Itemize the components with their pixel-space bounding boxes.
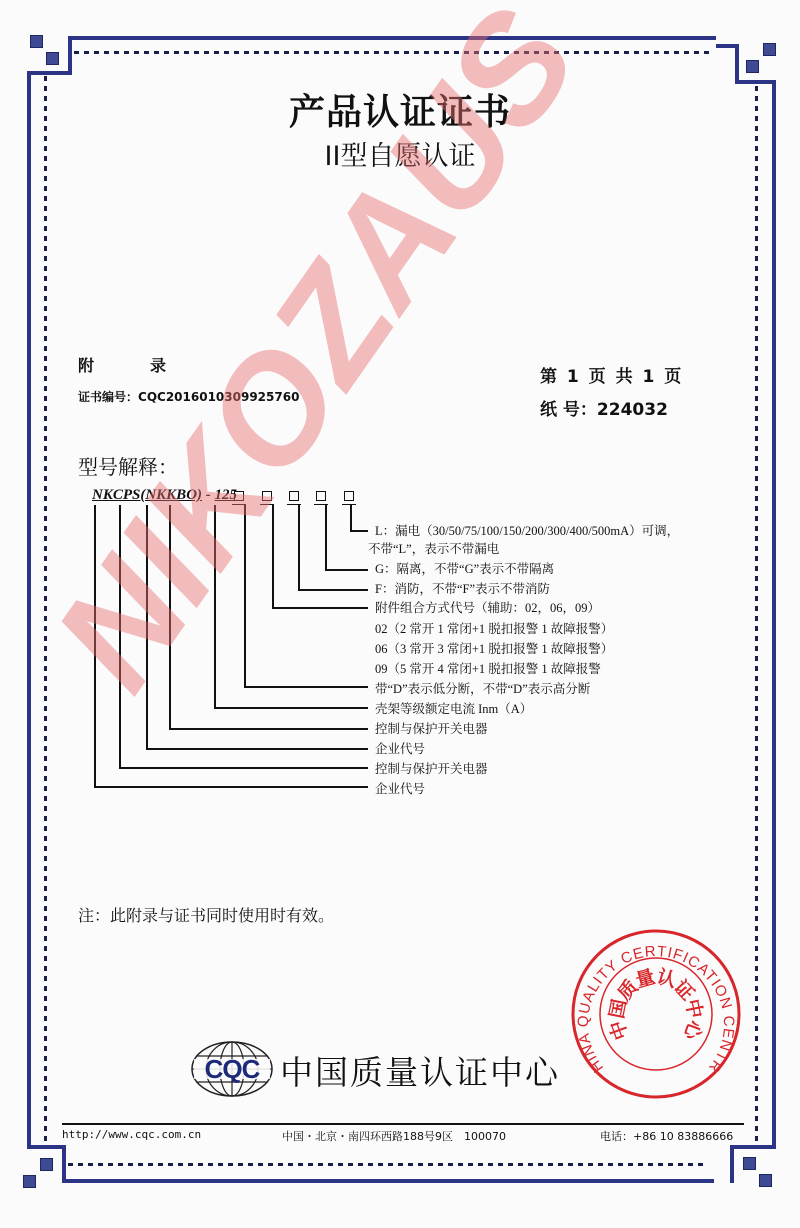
corner-square-tl: [46, 52, 59, 65]
model-code: NKCPS(NKKBO) - 125: [92, 487, 237, 504]
model-description: G：隔离，不带“G”表示不带隔离: [375, 559, 554, 577]
corner-square-br: [759, 1174, 772, 1187]
connector-line: [298, 505, 300, 589]
connector-line: [119, 767, 368, 769]
model-description: 带“D”表示低分断，不带“D”表示高分断: [375, 679, 590, 697]
connector-line: [350, 530, 368, 532]
model-description: 02（2 常开 1 常闭+1 脱扣报警 1 故障报警）: [375, 619, 613, 637]
paper-no-value: 224032: [597, 400, 668, 420]
appendix-label-left: 附: [78, 353, 94, 376]
footer-address: 中国・北京・南四环西路188号9区 100070: [282, 1128, 506, 1144]
connector-line: [94, 505, 96, 786]
connector-line: [146, 505, 148, 748]
model-description: F：消防，不带“F”表示不带消防: [375, 579, 550, 597]
connector-line: [350, 505, 352, 530]
appendix-label-right: 录: [150, 353, 166, 376]
official-seal: CHINA QUALITY CERTIFICATION CENTRE 中国质量认…: [570, 928, 742, 1100]
page-info: 第 1 页 共 1 页: [540, 362, 681, 387]
connector-line: [94, 786, 368, 788]
connector-line: [325, 569, 368, 571]
connector-line: [146, 748, 368, 750]
corner-square-tl: [30, 35, 43, 48]
connector-line: [244, 505, 246, 686]
cqc-logo-text: CQC: [190, 1054, 274, 1085]
model-description: 企业代号: [375, 779, 425, 797]
model-code-prefix: NKCPS(NKKBO): [92, 487, 202, 503]
model-description: 控制与保护开关电器: [375, 759, 488, 777]
seal-stamp-icon: CHINA QUALITY CERTIFICATION CENTRE: [570, 928, 742, 1100]
certificate-subtitle: II型自愿认证: [0, 134, 800, 173]
model-code-sep: -: [202, 487, 215, 503]
connector-line: [214, 505, 216, 707]
model-description: 06（3 常开 3 常闭+1 脱扣报警 1 故障报警）: [375, 639, 613, 657]
connector-line: [298, 589, 368, 591]
placeholder-box: [262, 491, 272, 501]
certificate-number: 证书编号：CQC2016010309925760: [78, 388, 299, 405]
corner-square-br: [743, 1157, 756, 1170]
model-description: 控制与保护开关电器: [375, 719, 488, 737]
model-description: 壳架等级额定电流 Inm（A）: [375, 699, 532, 717]
svg-text:CHINA QUALITY CERTIFICATION CE: CHINA QUALITY CERTIFICATION CENTRE: [570, 928, 737, 1076]
validity-note: 注：此附录与证书同时使用时有效。: [78, 903, 334, 926]
connector-line: [214, 707, 368, 709]
connector-line: [272, 505, 274, 607]
cqc-logo: CQC: [190, 1040, 274, 1098]
connector-line: [244, 686, 368, 688]
connector-line: [169, 505, 171, 728]
corner-square-tr: [763, 43, 776, 56]
placeholder-box: [289, 491, 299, 501]
corner-square-tr: [746, 60, 759, 73]
placeholder-box: [316, 491, 326, 501]
corner-square-bl: [40, 1158, 53, 1171]
certificate-title: 产品认证证书: [0, 84, 800, 135]
cert-no-label: 证书编号：: [78, 390, 138, 404]
model-description: 09（5 常开 4 常闭+1 脱扣报警 1 故障报警: [375, 659, 601, 677]
footer-divider: [62, 1123, 744, 1125]
corner-square-bl: [23, 1175, 36, 1188]
placeholder-box: [344, 491, 354, 501]
appendix-heading: 附录: [78, 353, 166, 376]
connector-line: [272, 607, 368, 609]
model-description: 企业代号: [375, 739, 425, 757]
model-description: L：漏电（30/50/75/100/150/200/300/400/500mA）…: [375, 521, 679, 539]
model-heading: 型号解释：: [78, 451, 178, 480]
connector-line: [119, 505, 121, 767]
connector-line: [169, 728, 368, 730]
placeholder-box: [234, 491, 244, 501]
connector-line: [325, 505, 327, 569]
footer-phone: 电话：+86 10 83886666: [600, 1128, 733, 1144]
model-description: 不带“L”，表示不带漏电: [368, 539, 499, 557]
paper-number: 纸 号：224032: [540, 395, 668, 420]
issuer-name: 中国质量认证中心: [280, 1047, 560, 1094]
footer-url[interactable]: http://www.cqc.com.cn: [62, 1128, 201, 1141]
model-description: 附件组合方式代号（辅助：02，06，09）: [375, 598, 600, 616]
paper-no-label: 纸 号：: [540, 400, 597, 420]
cert-no-value: CQC2016010309925760: [138, 390, 299, 404]
